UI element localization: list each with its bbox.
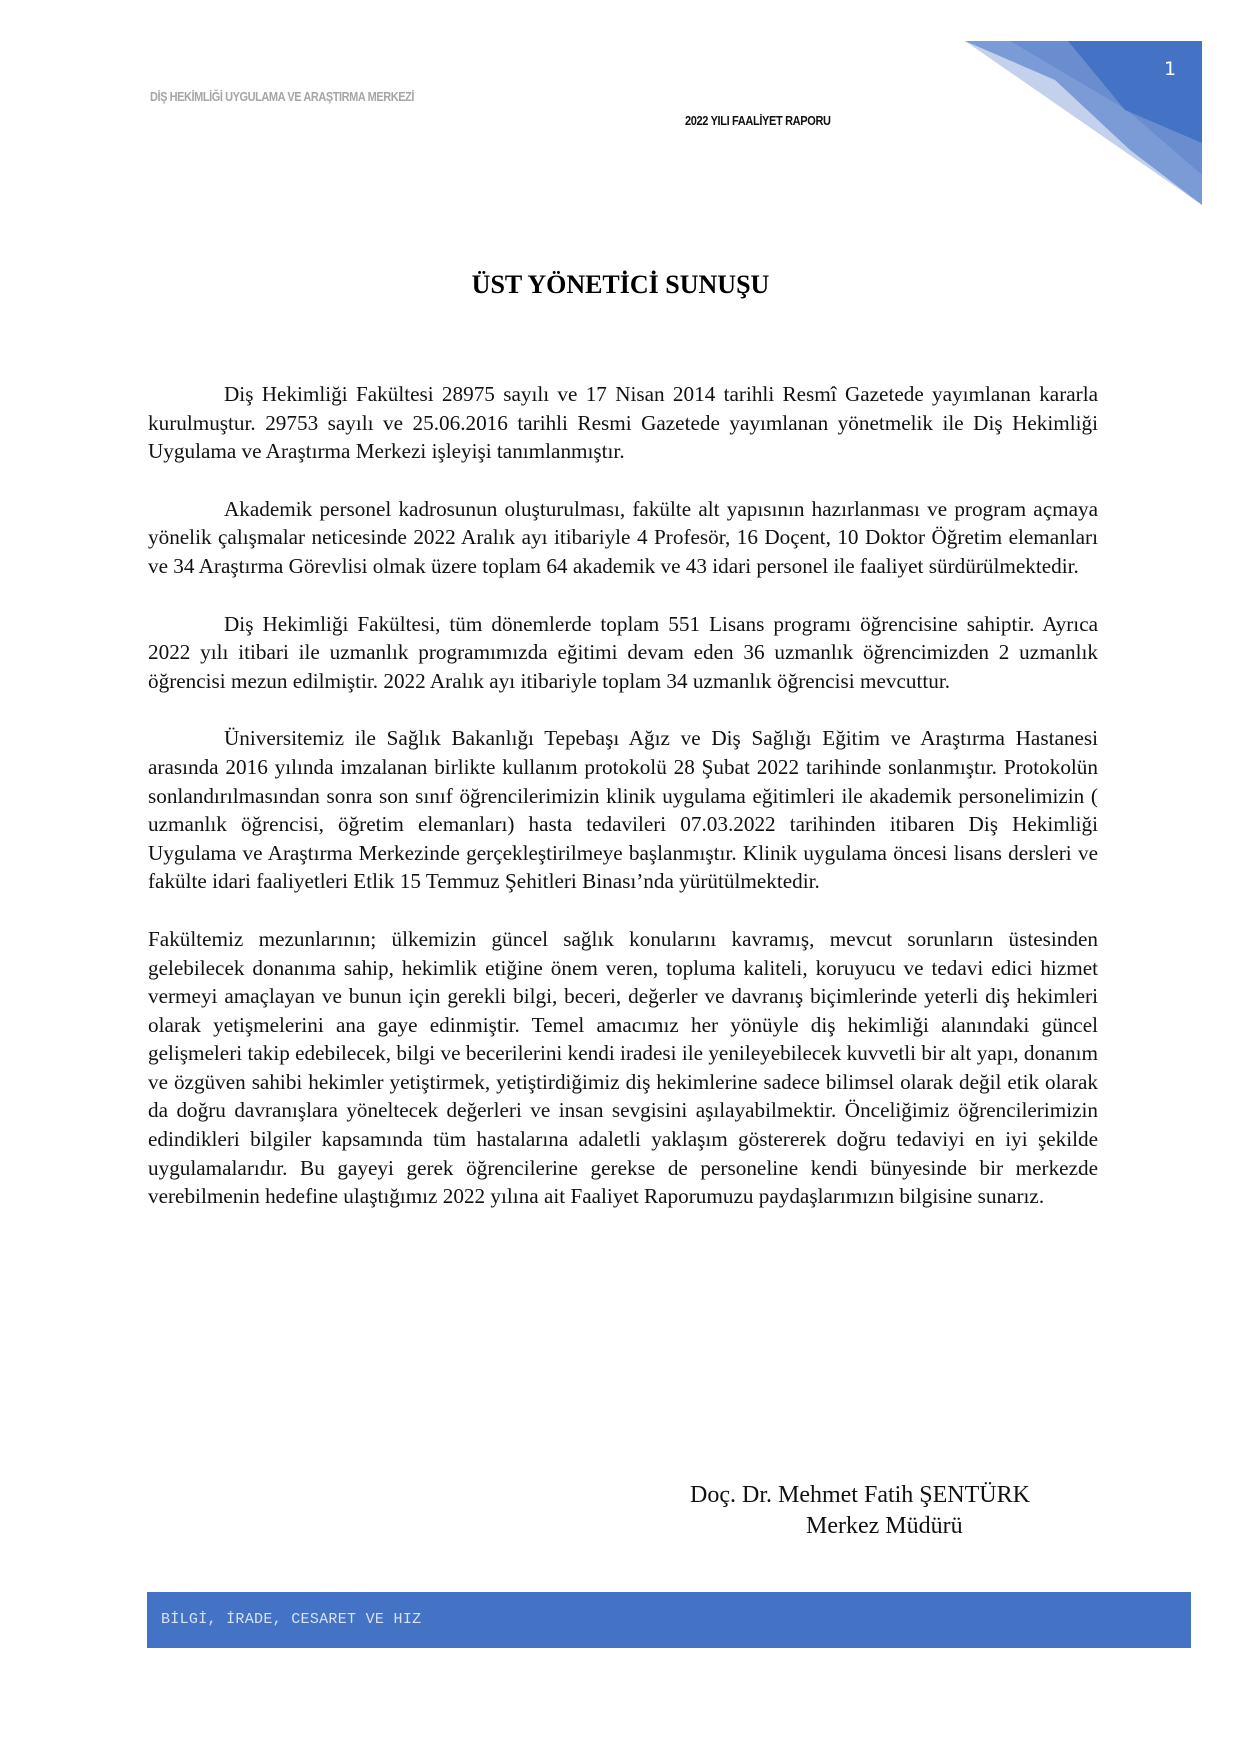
page-title: ÜST YÖNETİCİ SUNUŞU — [0, 270, 1241, 300]
paragraph-protocol: Üniversitemiz ile Sağlık Bakanlığı Tepeb… — [148, 724, 1098, 896]
corner-decoration — [0, 0, 1241, 230]
paragraph-establishment: Diş Hekimliği Fakültesi 28975 sayılı ve … — [148, 380, 1098, 466]
signatory-role: Merkez Müdürü — [690, 1511, 1100, 1542]
paragraph-staff: Akademik personel kadrosunun oluşturulma… — [148, 495, 1098, 581]
paragraph-students: Diş Hekimliği Fakültesi, tüm dönemlerde … — [148, 610, 1098, 696]
header-report-title: 2022 YILI FAALİYET RAPORU — [685, 114, 831, 128]
paragraph-mission: Fakültemiz mezunlarının; ülkemizin günce… — [148, 925, 1098, 1211]
document-body: Diş Hekimliği Fakültesi 28975 sayılı ve … — [148, 380, 1098, 1240]
footer-motto: BİLGİ, İRADE, CESARET VE HIZ — [161, 1611, 421, 1628]
signatory-name: Doç. Dr. Mehmet Fatih ŞENTÜRK — [690, 1480, 1100, 1511]
footer-bar: BİLGİ, İRADE, CESARET VE HIZ — [147, 1592, 1191, 1648]
page-number: 1 — [1150, 58, 1190, 80]
signature-block: Doç. Dr. Mehmet Fatih ŞENTÜRK Merkez Müd… — [690, 1480, 1100, 1542]
header-organization: DİŞ HEKİMLİĞİ UYGULAMA VE ARAŞTIRMA MERK… — [150, 90, 414, 104]
